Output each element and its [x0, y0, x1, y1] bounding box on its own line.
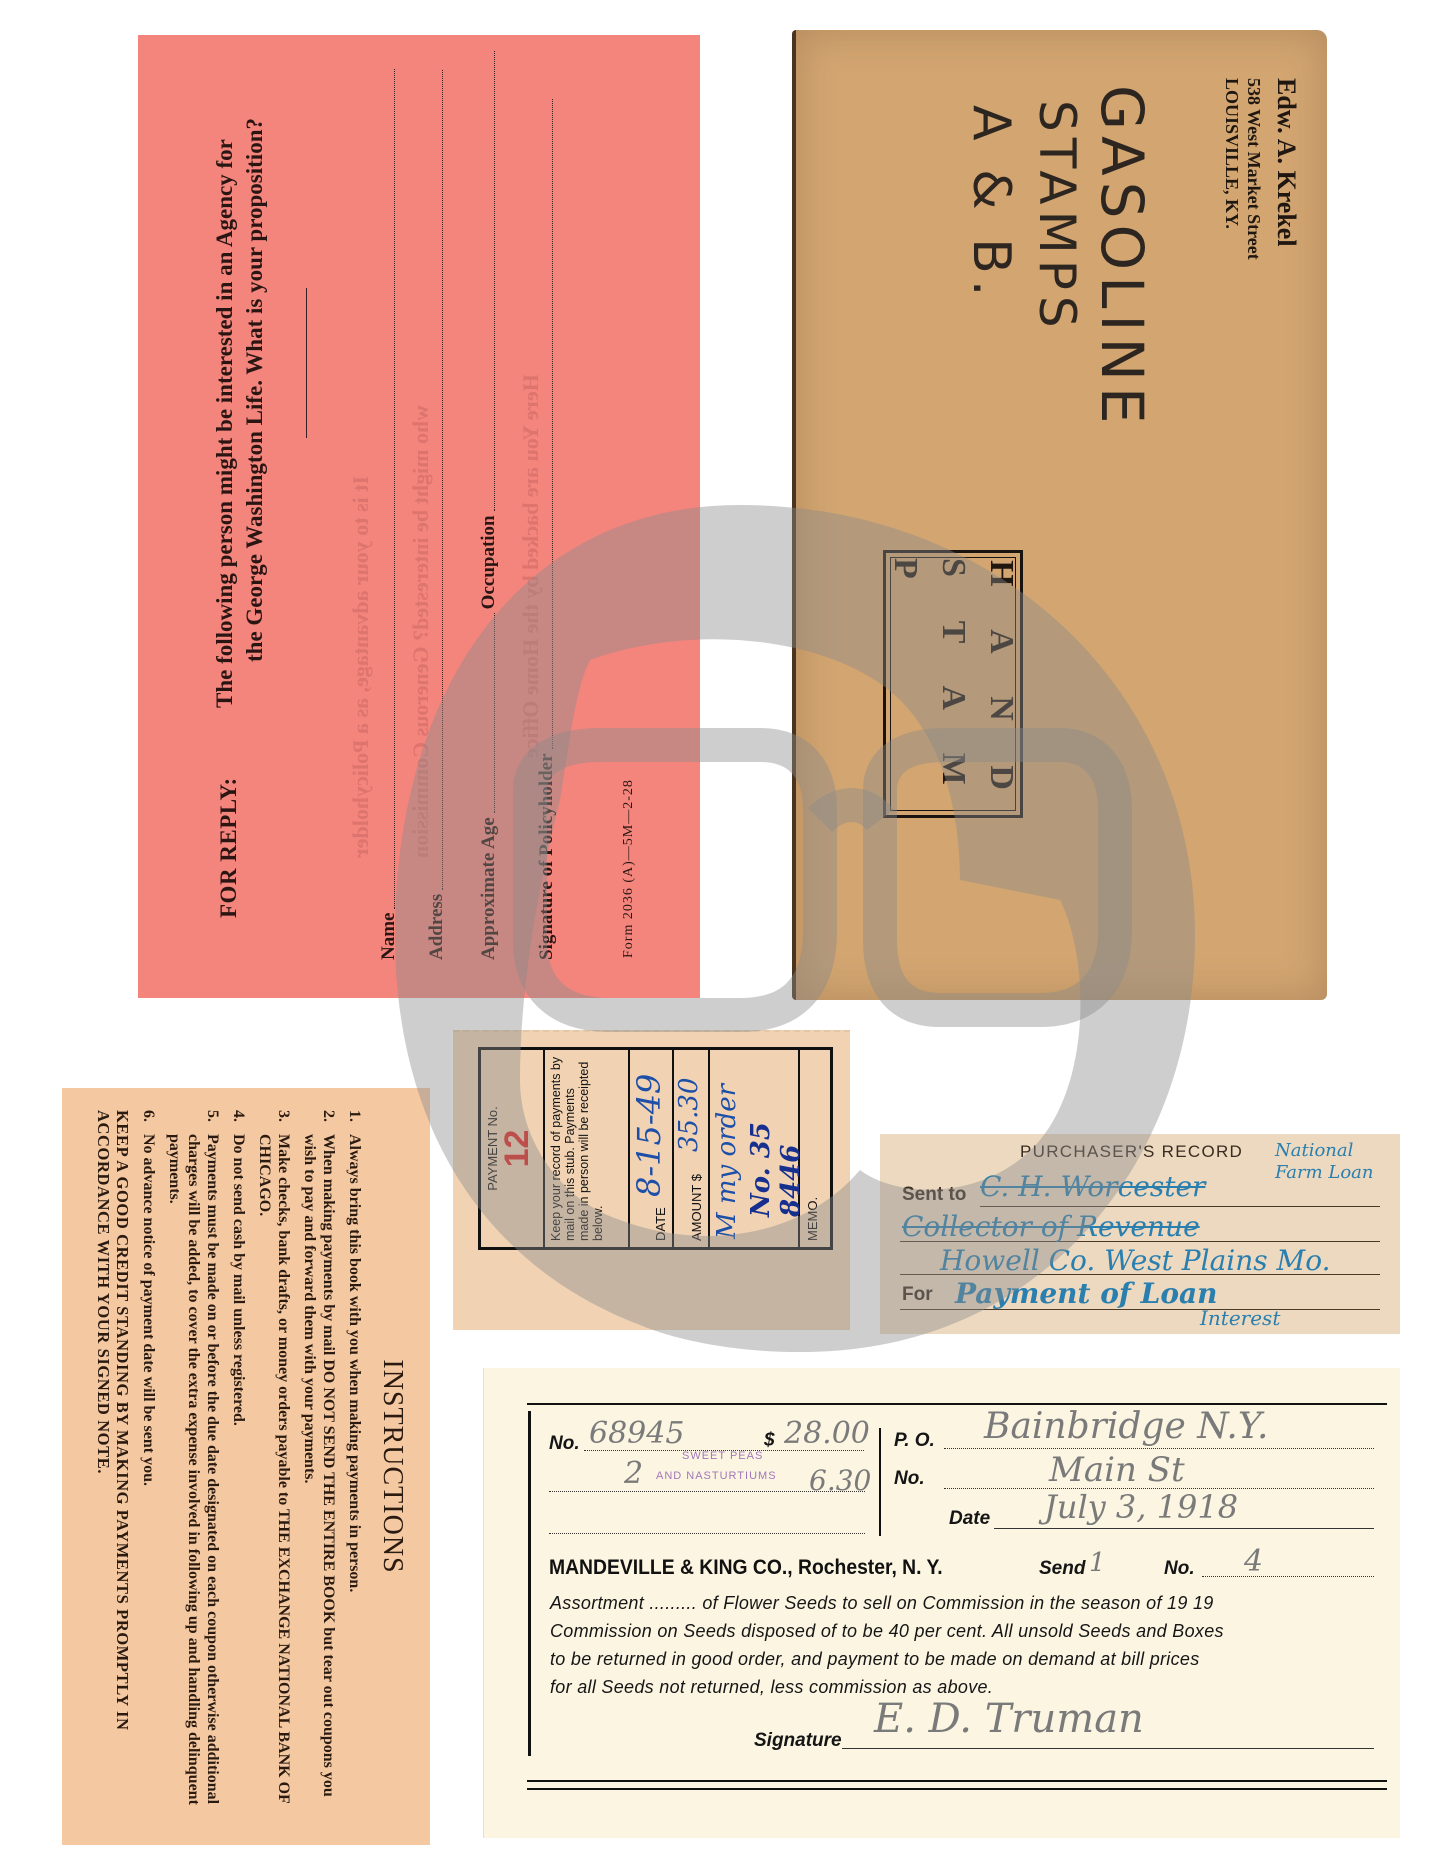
sent-to-label: Sent to — [902, 1184, 966, 1206]
signature-field[interactable]: Signature of Policyholder — [536, 95, 558, 960]
reply-heading: FOR REPLY: — [216, 777, 242, 918]
instructions-footer: KEEP A GOOD CREDIT STANDING BY MAKING PA… — [94, 1110, 132, 1823]
list-item: 5.Payments must be made on or before the… — [165, 1110, 222, 1823]
list-item: 2.When making payments by mail DO NOT SE… — [300, 1110, 338, 1823]
age-occupation-field[interactable]: Approximate Age Occupation — [478, 47, 500, 960]
sender-city: LOUISVILLE, KY. — [1221, 78, 1243, 260]
sent-to-struck: C. H. Worcester — [980, 1170, 1205, 1203]
send-no-label: No. — [1164, 1558, 1195, 1580]
line3-value: Howell Co. West Plains Mo. — [940, 1244, 1330, 1277]
bottom-rule-2 — [527, 1788, 1387, 1790]
send-no-value[interactable]: 4 — [1244, 1544, 1263, 1579]
line-3 — [549, 1533, 865, 1534]
purchasers-record: PURCHASER'S RECORD Sent to For C. H. Wor… — [880, 1134, 1400, 1334]
reply-card: It is to your advantage, as a Policyhold… — [138, 35, 700, 998]
no-label: No. — [549, 1433, 580, 1455]
signature-line — [842, 1748, 1374, 1749]
send-no-line — [1202, 1576, 1374, 1577]
list-item: 1.Always bring this book with you when m… — [345, 1110, 364, 1823]
sweet-peas-stamp: SWEET PEAS — [682, 1450, 763, 1462]
handwritten-ab: A & B. — [961, 105, 1021, 302]
terms-line-1: Assortment ......... of Flower Seeds to … — [550, 1593, 1214, 1614]
payment-stub: PAYMENT No. 12 Keep your record of payme… — [453, 1030, 850, 1330]
no-value: 68945 — [589, 1416, 684, 1451]
amount-label: AMOUNT $ — [689, 1174, 704, 1241]
po-line — [944, 1448, 1374, 1449]
instructions-title: INSTRUCTIONS — [376, 1110, 408, 1823]
send-label: Send — [1039, 1558, 1085, 1580]
handwritten-gasoline: GASOLINE — [1088, 85, 1156, 430]
date-value[interactable]: July 3, 1918 — [1044, 1488, 1238, 1526]
form-number: Form 2036 (A)—5M—2-28 — [621, 779, 637, 958]
sender-name: Edw. A. Krekel — [1271, 78, 1301, 247]
po-label: P. O. — [894, 1430, 935, 1452]
list-item: 6.No advance notice of payment date will… — [139, 1110, 158, 1823]
quantity-mark: 2 — [624, 1456, 643, 1491]
sender-street: 538 West Market Street — [1243, 78, 1265, 260]
stamp-word-stamp: S T A M P — [881, 558, 977, 810]
instructions-card: INSTRUCTIONS 1.Always bring this book wi… — [62, 1088, 430, 1845]
send-value[interactable]: 1 — [1089, 1548, 1106, 1578]
sender-address: 538 West Market Street LOUISVILLE, KY. — [1221, 78, 1265, 260]
terms-line-4: for all Seeds not returned, less commiss… — [550, 1677, 993, 1698]
annotation-bottom: Interest — [1200, 1306, 1280, 1330]
vertical-separator — [879, 1428, 881, 1536]
company-name: MANDEVILLE & KING CO., Rochester, N. Y. — [549, 1556, 943, 1580]
list-item: 3.Make checks, bank drafts, or money ord… — [255, 1110, 293, 1823]
street-no-value[interactable]: Main St — [1049, 1450, 1185, 1490]
address-field[interactable]: Address — [426, 66, 448, 960]
list-item: 4.Do not send cash by mail unless regist… — [229, 1110, 248, 1823]
address-label: Address — [426, 894, 448, 960]
amount-row[interactable]: AMOUNT $ 35.30 — [674, 1050, 710, 1247]
payment-number-row: PAYMENT No. 12 — [481, 1050, 545, 1247]
seed-receipt: No. 68945 $ 28.00 SWEET PEAS AND NASTURT… — [483, 1368, 1400, 1838]
terms-line-2: Commission on Seeds disposed of to be 40… — [550, 1621, 1224, 1642]
bleed-through-text: It is to your advantage, as a Policyhold… — [348, 476, 374, 858]
payment-note: Keep your record of payments by mail on … — [545, 1050, 630, 1247]
amount-value: 35.30 — [674, 1078, 704, 1152]
line-2 — [549, 1491, 865, 1492]
memo-value-line1: M my order — [712, 1084, 742, 1239]
reply-body: The following person might be interested… — [210, 68, 270, 708]
payment-stub-box: PAYMENT No. 12 Keep your record of payme… — [478, 1047, 833, 1250]
second-value: 6.30 — [809, 1464, 871, 1497]
terms-line-3: to be returned in good order, and paymen… — [550, 1649, 1200, 1670]
date-label: DATE — [653, 1207, 668, 1241]
date-line — [994, 1528, 1374, 1529]
reply-body-line2: the George Washington Life. What is your… — [240, 68, 270, 708]
top-rule — [527, 1403, 1387, 1405]
date-row[interactable]: DATE 8-15-49 — [630, 1050, 674, 1247]
name-label: Name — [378, 913, 400, 960]
date-value: 8-15-49 — [630, 1074, 668, 1197]
for-label: For — [902, 1284, 933, 1306]
street-no-label: No. — [894, 1468, 925, 1490]
dollar-value: 28.00 — [784, 1416, 870, 1451]
occupation-label: Occupation — [478, 515, 500, 609]
signature-label: Signature of Policyholder — [536, 753, 558, 960]
stamp-word-hand: H A N D — [977, 560, 1025, 808]
memo-value-line2: No. 35 8446 — [746, 1050, 806, 1217]
sent-to-line — [980, 1206, 1380, 1207]
handwritten-stamps: STAMPS — [1028, 100, 1086, 334]
nasturtium-stamp: AND NASTURTIUMS — [656, 1470, 777, 1482]
date-label: Date — [949, 1508, 990, 1530]
annotation-top: National Farm Loan — [1275, 1140, 1385, 1184]
instructions-list: 1.Always bring this book with you when m… — [139, 1110, 364, 1823]
reply-body-line1: The following person might be interested… — [210, 68, 240, 708]
purchaser-title: PURCHASER'S RECORD — [1020, 1142, 1243, 1162]
memo-row[interactable]: M my order No. 35 8446 — [710, 1050, 800, 1247]
dollar-label: $ — [764, 1430, 775, 1452]
divider — [306, 288, 307, 438]
bottom-rule — [527, 1780, 1387, 1782]
memo-label: MEMO. — [805, 1197, 820, 1241]
po-value[interactable]: Bainbridge N.Y. — [984, 1406, 1268, 1447]
envelope: Edw. A. Krekel 538 West Market Street LO… — [792, 30, 1327, 1000]
payment-number: 12 — [500, 1050, 534, 1247]
signature-value[interactable]: E. D. Truman — [874, 1696, 1144, 1742]
line2-struck: Collector of Revenue — [902, 1210, 1200, 1243]
age-label: Approximate Age — [478, 817, 500, 960]
signature-label: Signature — [754, 1730, 842, 1752]
hand-stamp-box: H A N D S T A M P — [883, 550, 1023, 818]
for-value: Payment of Loan — [955, 1277, 1218, 1310]
name-field[interactable]: Name — [378, 65, 400, 960]
